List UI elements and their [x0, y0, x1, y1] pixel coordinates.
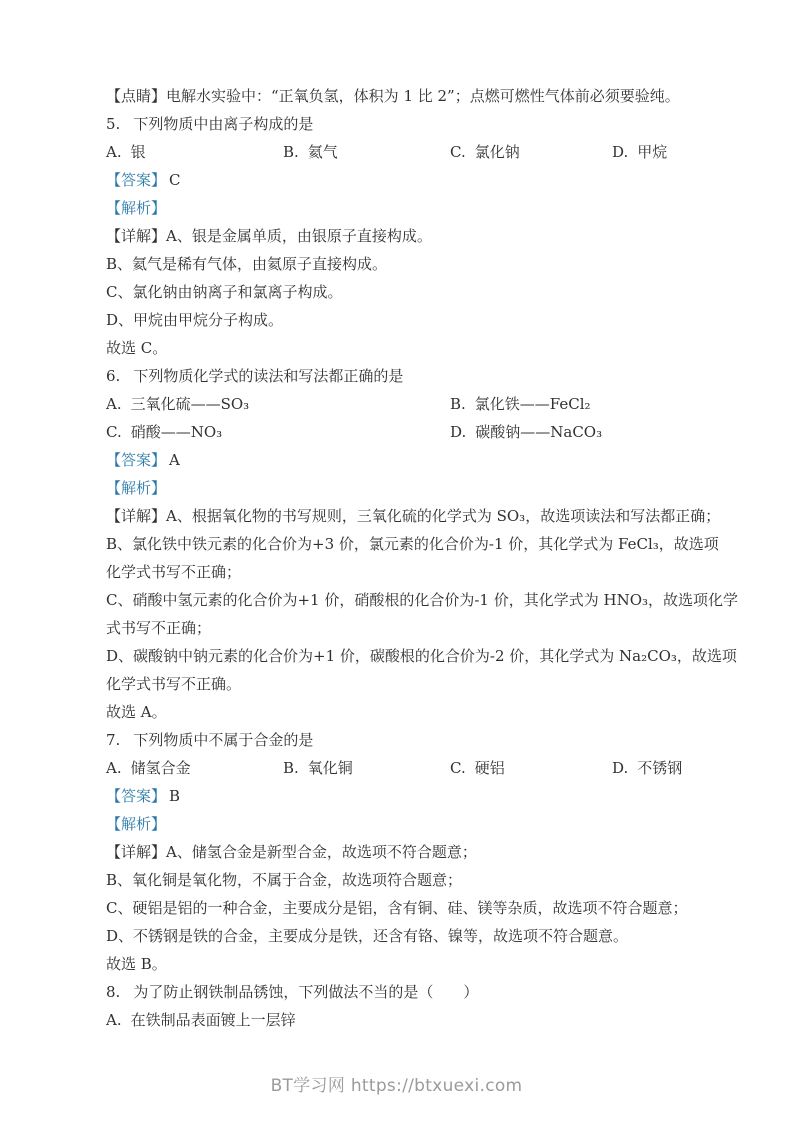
- option-text: 甲烷: [637, 143, 667, 161]
- option-text: 碳酸钠——NaCO₃: [475, 423, 602, 441]
- question-7-stem: 7.下列物质中不属于合金的是: [106, 726, 708, 754]
- option-text: 氯化钠: [475, 143, 520, 161]
- option-a: A.银: [106, 138, 283, 166]
- option-a: A.三氧化硫——SO₃: [106, 390, 450, 418]
- option-label: D.: [612, 759, 628, 777]
- option-c: C.氯化钠: [450, 138, 612, 166]
- question-stem-text: 下列物质化学式的读法和写法都正确的是: [133, 367, 403, 385]
- tip-note-line: 【点睛】电解水实验中：“正氧负氢，体积为 1 比 2”；点燃可燃性气体前必须要验…: [106, 82, 708, 110]
- question-7-options: A.储氢合金 B.氧化铜 C.硬铝 D.不锈钢: [106, 754, 708, 782]
- option-text: 储氢合金: [131, 759, 191, 777]
- option-text: 氯化铁——FeCl₂: [475, 395, 591, 413]
- answer-label: 【答案】: [106, 451, 166, 469]
- question-5-block: 5.下列物质中由离子构成的是 A.银 B.氦气 C.氯化钠 D.甲烷 【答案】C…: [106, 110, 708, 362]
- option-text: 银: [131, 143, 146, 161]
- explanation-line: 化学式书写不正确；: [106, 558, 708, 586]
- document-page: 【点睛】电解水实验中：“正氧负氢，体积为 1 比 2”；点燃可燃性气体前必须要验…: [0, 0, 793, 1122]
- question-number: 6.: [106, 367, 120, 385]
- answer-label: 【答案】: [106, 171, 166, 189]
- document-content: 【点睛】电解水实验中：“正氧负氢，体积为 1 比 2”；点燃可燃性气体前必须要验…: [106, 82, 708, 1034]
- answer-value: A: [169, 451, 180, 469]
- option-d: D.甲烷: [612, 138, 667, 166]
- question-number: 7.: [106, 731, 120, 749]
- option-text: 三氧化硫——SO₃: [131, 395, 250, 413]
- option-label: B.: [283, 143, 299, 161]
- option-c: C.硝酸——NO₃: [106, 418, 450, 446]
- answer-line: 【答案】C: [106, 166, 708, 194]
- analysis-line: 【解析】: [106, 474, 708, 502]
- question-8-option-a: A.在铁制品表面镀上一层锌: [106, 1006, 708, 1034]
- question-6-options-row-2: C.硝酸——NO₃ D.碳酸钠——NaCO₃: [106, 418, 708, 446]
- option-b: B.氦气: [283, 138, 450, 166]
- question-8-stem: 8.为了防止钢铁制品锈蚀，下列做法不当的是（ ）: [106, 978, 708, 1006]
- option-d: D.碳酸钠——NaCO₃: [450, 418, 602, 446]
- explanation-line: 故选 B。: [106, 950, 708, 978]
- option-label: A.: [106, 143, 122, 161]
- question-6-stem: 6.下列物质化学式的读法和写法都正确的是: [106, 362, 708, 390]
- answer-line: 【答案】B: [106, 782, 708, 810]
- option-label: A.: [106, 395, 122, 413]
- question-5-options: A.银 B.氦气 C.氯化钠 D.甲烷: [106, 138, 708, 166]
- option-b: B.氧化铜: [283, 754, 450, 782]
- question-number: 5.: [106, 115, 120, 133]
- page-footer: BT学习网 https://btxuexi.com: [0, 1071, 793, 1096]
- option-c: C.硬铝: [450, 754, 612, 782]
- option-label: D.: [450, 423, 466, 441]
- option-text: 氧化铜: [308, 759, 353, 777]
- explanation-line: 【详解】A、储氢合金是新型合金，故选项不符合题意；: [106, 838, 708, 866]
- explanation-line: D、碳酸钠中钠元素的化合价为+1 价，碳酸根的化合价为-2 价，其化学式为 Na…: [106, 642, 708, 670]
- analysis-label: 【解析】: [106, 815, 166, 833]
- option-label: C.: [450, 143, 466, 161]
- analysis-line: 【解析】: [106, 194, 708, 222]
- question-stem-text: 为了防止钢铁制品锈蚀，下列做法不当的是（ ）: [133, 983, 478, 1001]
- question-6-block: 6.下列物质化学式的读法和写法都正确的是 A.三氧化硫——SO₃ B.氯化铁——…: [106, 362, 708, 726]
- option-b: B.氯化铁——FeCl₂: [450, 390, 591, 418]
- question-5-stem: 5.下列物质中由离子构成的是: [106, 110, 708, 138]
- option-label: A.: [106, 759, 122, 777]
- option-text: 硝酸——NO₃: [131, 423, 222, 441]
- explanation-line: 化学式书写不正确。: [106, 670, 708, 698]
- explanation-line: C、硝酸中氢元素的化合价为+1 价，硝酸根的化合价为-1 价，其化学式为 HNO…: [106, 586, 708, 614]
- explanation-line: 故选 A。: [106, 698, 708, 726]
- explanation-line: 式书写不正确；: [106, 614, 708, 642]
- answer-label: 【答案】: [106, 787, 166, 805]
- answer-value: C: [169, 171, 180, 189]
- analysis-line: 【解析】: [106, 810, 708, 838]
- option-text: 硬铝: [475, 759, 505, 777]
- question-6-options-row-1: A.三氧化硫——SO₃ B.氯化铁——FeCl₂: [106, 390, 708, 418]
- option-label: B.: [283, 759, 299, 777]
- explanation-line: B、氧化铜是氧化物，不属于合金，故选项符合题意；: [106, 866, 708, 894]
- analysis-label: 【解析】: [106, 479, 166, 497]
- explanation-line: C、氯化钠由钠离子和氯离子构成。: [106, 278, 708, 306]
- option-a: A.储氢合金: [106, 754, 283, 782]
- explanation-line: D、甲烷由甲烷分子构成。: [106, 306, 708, 334]
- explanation-line: B、氦气是稀有气体，由氦原子直接构成。: [106, 250, 708, 278]
- explanation-line: 故选 C。: [106, 334, 708, 362]
- option-label: B.: [450, 395, 466, 413]
- option-label: C.: [106, 423, 122, 441]
- explanation-line: B、氯化铁中铁元素的化合价为+3 价，氯元素的化合价为-1 价，其化学式为 Fe…: [106, 530, 708, 558]
- question-stem-text: 下列物质中由离子构成的是: [133, 115, 313, 133]
- option-text: 不锈钢: [637, 759, 682, 777]
- question-7-block: 7.下列物质中不属于合金的是 A.储氢合金 B.氧化铜 C.硬铝 D.不锈钢 【…: [106, 726, 708, 978]
- explanation-line: D、不锈钢是铁的合金，主要成分是铁，还含有铬、镍等，故选项不符合题意。: [106, 922, 708, 950]
- option-d: D.不锈钢: [612, 754, 682, 782]
- footer-site-text: BT学习网 https://btxuexi.com: [271, 1076, 523, 1096]
- answer-value: B: [169, 787, 180, 805]
- question-number: 8.: [106, 983, 120, 1001]
- explanation-line: C、硬铝是铝的一种合金，主要成分是铝，含有铜、硅、镁等杂质，故选项不符合题意；: [106, 894, 708, 922]
- option-label: D.: [612, 143, 628, 161]
- answer-line: 【答案】A: [106, 446, 708, 474]
- option-label: C.: [450, 759, 466, 777]
- option-text: 在铁制品表面镀上一层锌: [131, 1011, 296, 1029]
- explanation-line: 【详解】A、银是金属单质，由银原子直接构成。: [106, 222, 708, 250]
- explanation-line: 【详解】A、根据氧化物的书写规则，三氧化硫的化学式为 SO₃，故选项读法和写法都…: [106, 502, 708, 530]
- option-label: A.: [106, 1011, 122, 1029]
- analysis-label: 【解析】: [106, 199, 166, 217]
- question-8-block: 8.为了防止钢铁制品锈蚀，下列做法不当的是（ ） A.在铁制品表面镀上一层锌: [106, 978, 708, 1034]
- question-stem-text: 下列物质中不属于合金的是: [133, 731, 313, 749]
- option-text: 氦气: [308, 143, 338, 161]
